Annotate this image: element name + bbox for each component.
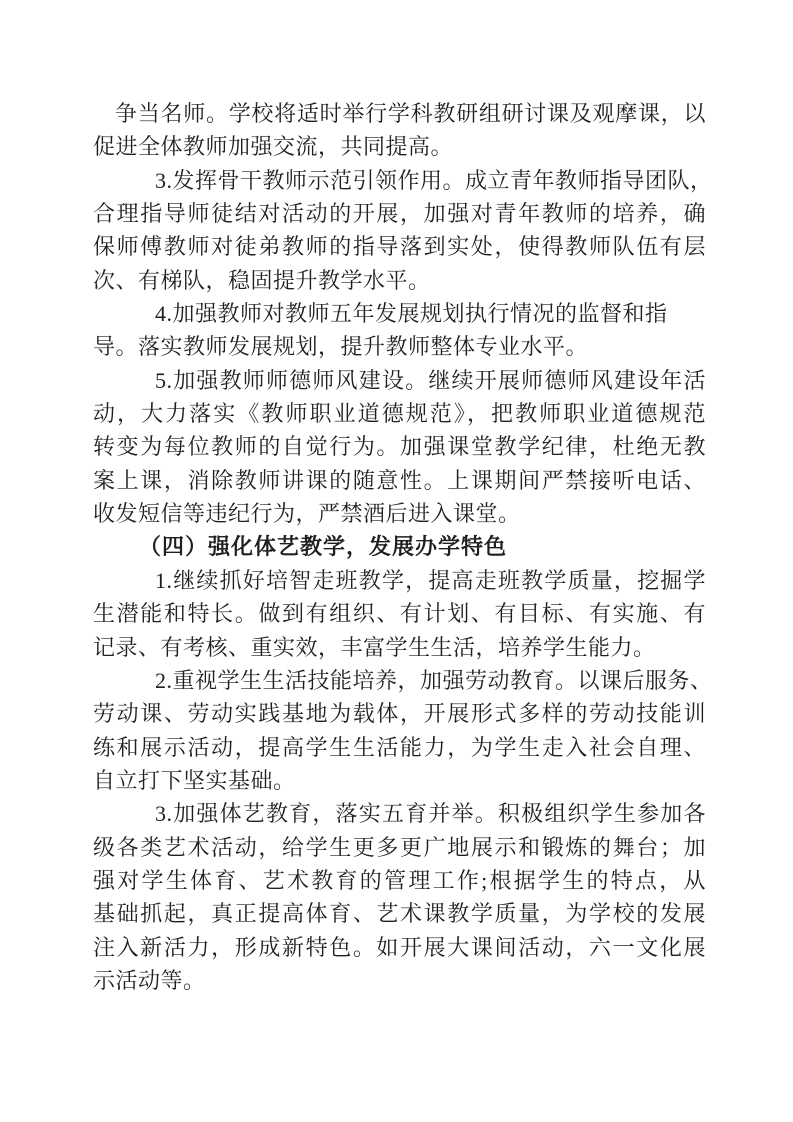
text-line: 案上课，消除教师讲课的随意性。上课期间严禁接听电话、: [93, 464, 706, 497]
section-heading: （四）强化体艺教学，发展办学特色: [93, 530, 706, 563]
paragraph: 3.发挥骨干教师示范引领作用。成立青年教师指导团队，合理指导师徒结对活动的开展，…: [93, 164, 706, 297]
text-line: 强对学生体育、艺术教育的管理工作;根据学生的特点，从: [93, 864, 706, 897]
text-line: 1.继续抓好培智走班教学，提高走班教学质量，挖掘学: [93, 564, 706, 597]
text-line: 动，大力落实《教师职业道德规范》，把教师职业道德规范: [93, 397, 706, 430]
text-line: 练和展示活动，提高学生生活能力，为学生走入社会自理、: [93, 731, 706, 764]
text-line: 注入新活力，形成新特色。如开展大课间活动，六一文化展: [93, 931, 706, 964]
text-line: （四）强化体艺教学，发展办学特色: [93, 530, 706, 563]
paragraph: 争当名师。学校将适时举行学科教研组研讨课及观摩课，以促进全体教师加强交流，共同提…: [93, 97, 706, 164]
text-line: 转变为每位教师的自觉行为。加强课堂教学纪律，杜绝无教: [93, 430, 706, 463]
text-line: 收发短信等违纪行为，严禁酒后进入课堂。: [93, 497, 706, 530]
paragraph: 5.加强教师师德师风建设。继续开展师德师风建设年活动，大力落实《教师职业道德规范…: [93, 364, 706, 531]
text-line: 4.加强教师对教师五年发展规划执行情况的监督和指: [93, 297, 706, 330]
text-line: 示活动等。: [93, 964, 706, 997]
text-line: 促进全体教师加强交流，共同提高。: [93, 130, 706, 163]
paragraph: 3.加强体艺教育，落实五育并举。积极组织学生参加各级各类艺术活动，给学生更多更广…: [93, 797, 706, 997]
text-line: 合理指导师徒结对活动的开展，加强对青年教师的培养，确: [93, 197, 706, 230]
text-line: 3.加强体艺教育，落实五育并举。积极组织学生参加各: [93, 797, 706, 830]
text-line: 2.重视学生生活技能培养，加强劳动教育。以课后服务、: [93, 664, 706, 697]
text-line: 生潜能和特长。做到有组织、有计划、有目标、有实施、有: [93, 597, 706, 630]
text-line: 保师傅教师对徒弟教师的指导落到实处，使得教师队伍有层: [93, 230, 706, 263]
paragraph: 2.重视学生生活技能培养，加强劳动教育。以课后服务、劳动课、劳动实践基地为载体，…: [93, 664, 706, 797]
text-line: 导。落实教师发展规划，提升教师整体专业水平。: [93, 330, 706, 363]
paragraph: 4.加强教师对教师五年发展规划执行情况的监督和指导。落实教师发展规划，提升教师整…: [93, 297, 706, 364]
text-line: 劳动课、劳动实践基地为载体，开展形式多样的劳动技能训: [93, 697, 706, 730]
text-line: 级各类艺术活动，给学生更多更广地展示和锻炼的舞台；加: [93, 831, 706, 864]
document-page: 争当名师。学校将适时举行学科教研组研讨课及观摩课，以促进全体教师加强交流，共同提…: [0, 0, 793, 1122]
text-line: 3.发挥骨干教师示范引领作用。成立青年教师指导团队，: [93, 164, 706, 197]
document-content: 争当名师。学校将适时举行学科教研组研讨课及观摩课，以促进全体教师加强交流，共同提…: [93, 97, 706, 997]
text-line: 基础抓起，真正提高体育、艺术课教学质量，为学校的发展: [93, 897, 706, 930]
text-line: 记录、有考核、重实效，丰富学生生活，培养学生能力。: [93, 631, 706, 664]
text-line: 争当名师。学校将适时举行学科教研组研讨课及观摩课，以: [93, 97, 706, 130]
text-line: 自立打下坚实基础。: [93, 764, 706, 797]
text-line: 5.加强教师师德师风建设。继续开展师德师风建设年活: [93, 364, 706, 397]
text-line: 次、有梯队，稳固提升教学水平。: [93, 264, 706, 297]
paragraph: 1.继续抓好培智走班教学，提高走班教学质量，挖掘学生潜能和特长。做到有组织、有计…: [93, 564, 706, 664]
